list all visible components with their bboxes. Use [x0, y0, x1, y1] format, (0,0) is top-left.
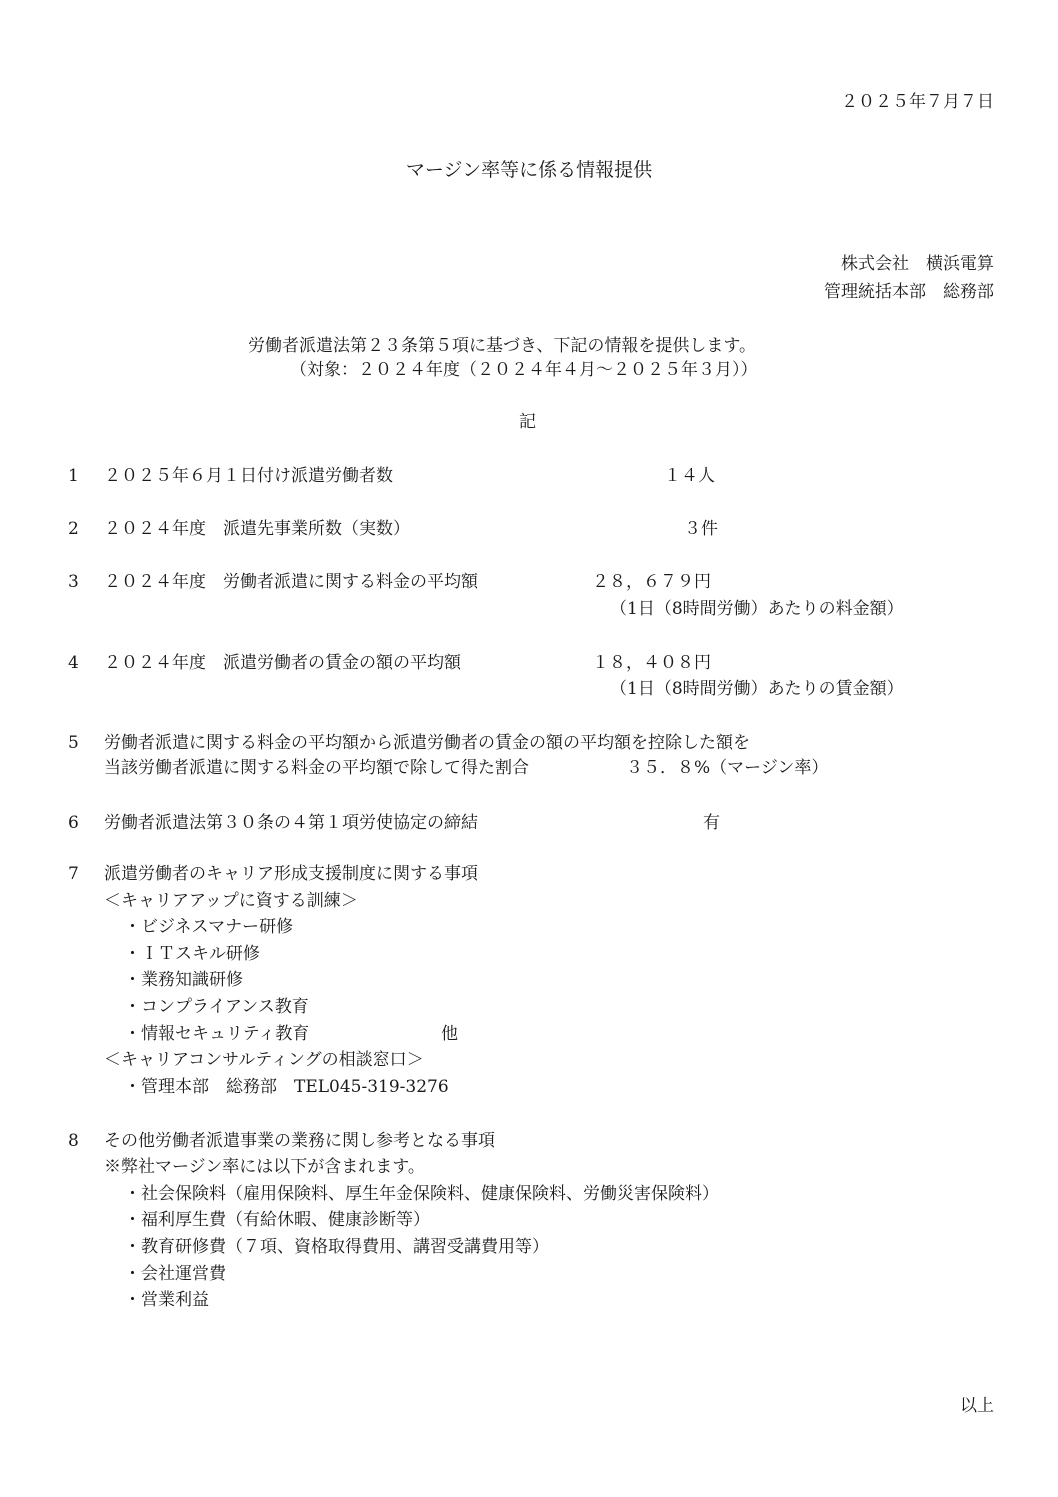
item-value: ２８，６７９円	[592, 574, 711, 591]
item-value: 有	[703, 815, 720, 832]
item-number: 4	[68, 655, 79, 672]
item-label: ２０２４年度 労働者派遣に関する料金の平均額	[104, 574, 478, 591]
item-label: その他労働者派遣事業の業務に関し参考となる事項	[104, 1133, 495, 1150]
item-label-continued: 当該労働者派遣に関する料金の平均額で除して得た割合	[104, 760, 529, 777]
etc-marker: 他	[441, 1026, 458, 1043]
item-value: １４人	[664, 468, 715, 485]
cost-item: ・営業利益	[124, 1292, 209, 1309]
item-note: （1日（8時間労働）あたりの料金額）	[610, 601, 904, 618]
item-number: 5	[68, 735, 79, 752]
item-label: 派遣労働者のキャリア形成支援制度に関する事項	[104, 866, 478, 883]
cost-item: ・社会保険料（雇用保険料、厚生年金保険料、健康保険料、労働災害保険料）	[124, 1186, 719, 1203]
item-note: （1日（8時間労働）あたりの賃金額）	[610, 681, 904, 698]
item-number: 1	[68, 468, 79, 485]
subsection-heading: ＜キャリアアップに資する訓練＞	[104, 893, 358, 910]
item-label: 労働者派遣法第３０条の４第１項労使協定の締結	[104, 815, 478, 832]
training-item: ・ビジネスマナー研修	[124, 919, 293, 936]
company-name: 株式会社 横浜電算	[841, 256, 994, 273]
ki-marker: 記	[519, 414, 536, 431]
cost-item: ・福利厚生費（有給休暇、健康診断等）	[124, 1212, 430, 1229]
cost-item: ・会社運営費	[124, 1266, 226, 1283]
intro-line-2: （対象：２０２４年度（２０２４年４月～２０２５年３月））	[290, 362, 758, 379]
item-number: 6	[68, 815, 79, 832]
document-date: ２０２５年７月７日	[841, 94, 994, 111]
item-note: ※弊社マージン率には以下が含まれます。	[104, 1159, 425, 1176]
training-item: ・ＩＴスキル研修	[124, 946, 260, 963]
item-value: ３５．８%（マージン率）	[626, 760, 828, 777]
item-number: 7	[68, 866, 79, 883]
cost-item: ・教育研修費（７項、資格取得費用、講習受講費用等）	[124, 1239, 549, 1256]
training-item: ・情報セキュリティ教育	[124, 1026, 309, 1043]
item-value: １８，４０８円	[592, 655, 711, 672]
item-label: ２０２５年６月１日付け派遣労働者数	[104, 468, 393, 485]
intro-line-1: 労働者派遣法第２３条第５項に基づき、下記の情報を提供します。	[248, 338, 756, 355]
contact-info: ・管理本部 総務部 TEL045-319-3276	[124, 1079, 449, 1096]
item-number: 2	[68, 521, 79, 538]
document-title: マージン率等に係る情報提供	[0, 161, 1058, 180]
item-label: ２０２４年度 派遣先事業所数（実数）	[104, 521, 410, 538]
subsection-heading: ＜キャリアコンサルティングの相談窓口＞	[104, 1052, 424, 1069]
item-value: ３件	[684, 521, 718, 538]
item-label: ２０２４年度 派遣労働者の賃金の額の平均額	[104, 655, 461, 672]
item-number: 3	[68, 574, 79, 591]
closing-mark: 以上	[960, 1398, 994, 1415]
training-item: ・業務知識研修	[124, 972, 243, 989]
item-label: 労働者派遣に関する料金の平均額から派遣労働者の賃金の額の平均額を控除した額を	[104, 735, 750, 752]
training-item: ・コンプライアンス教育	[124, 999, 309, 1016]
item-number: 8	[68, 1133, 79, 1150]
department-name: 管理統括本部 総務部	[824, 284, 994, 301]
